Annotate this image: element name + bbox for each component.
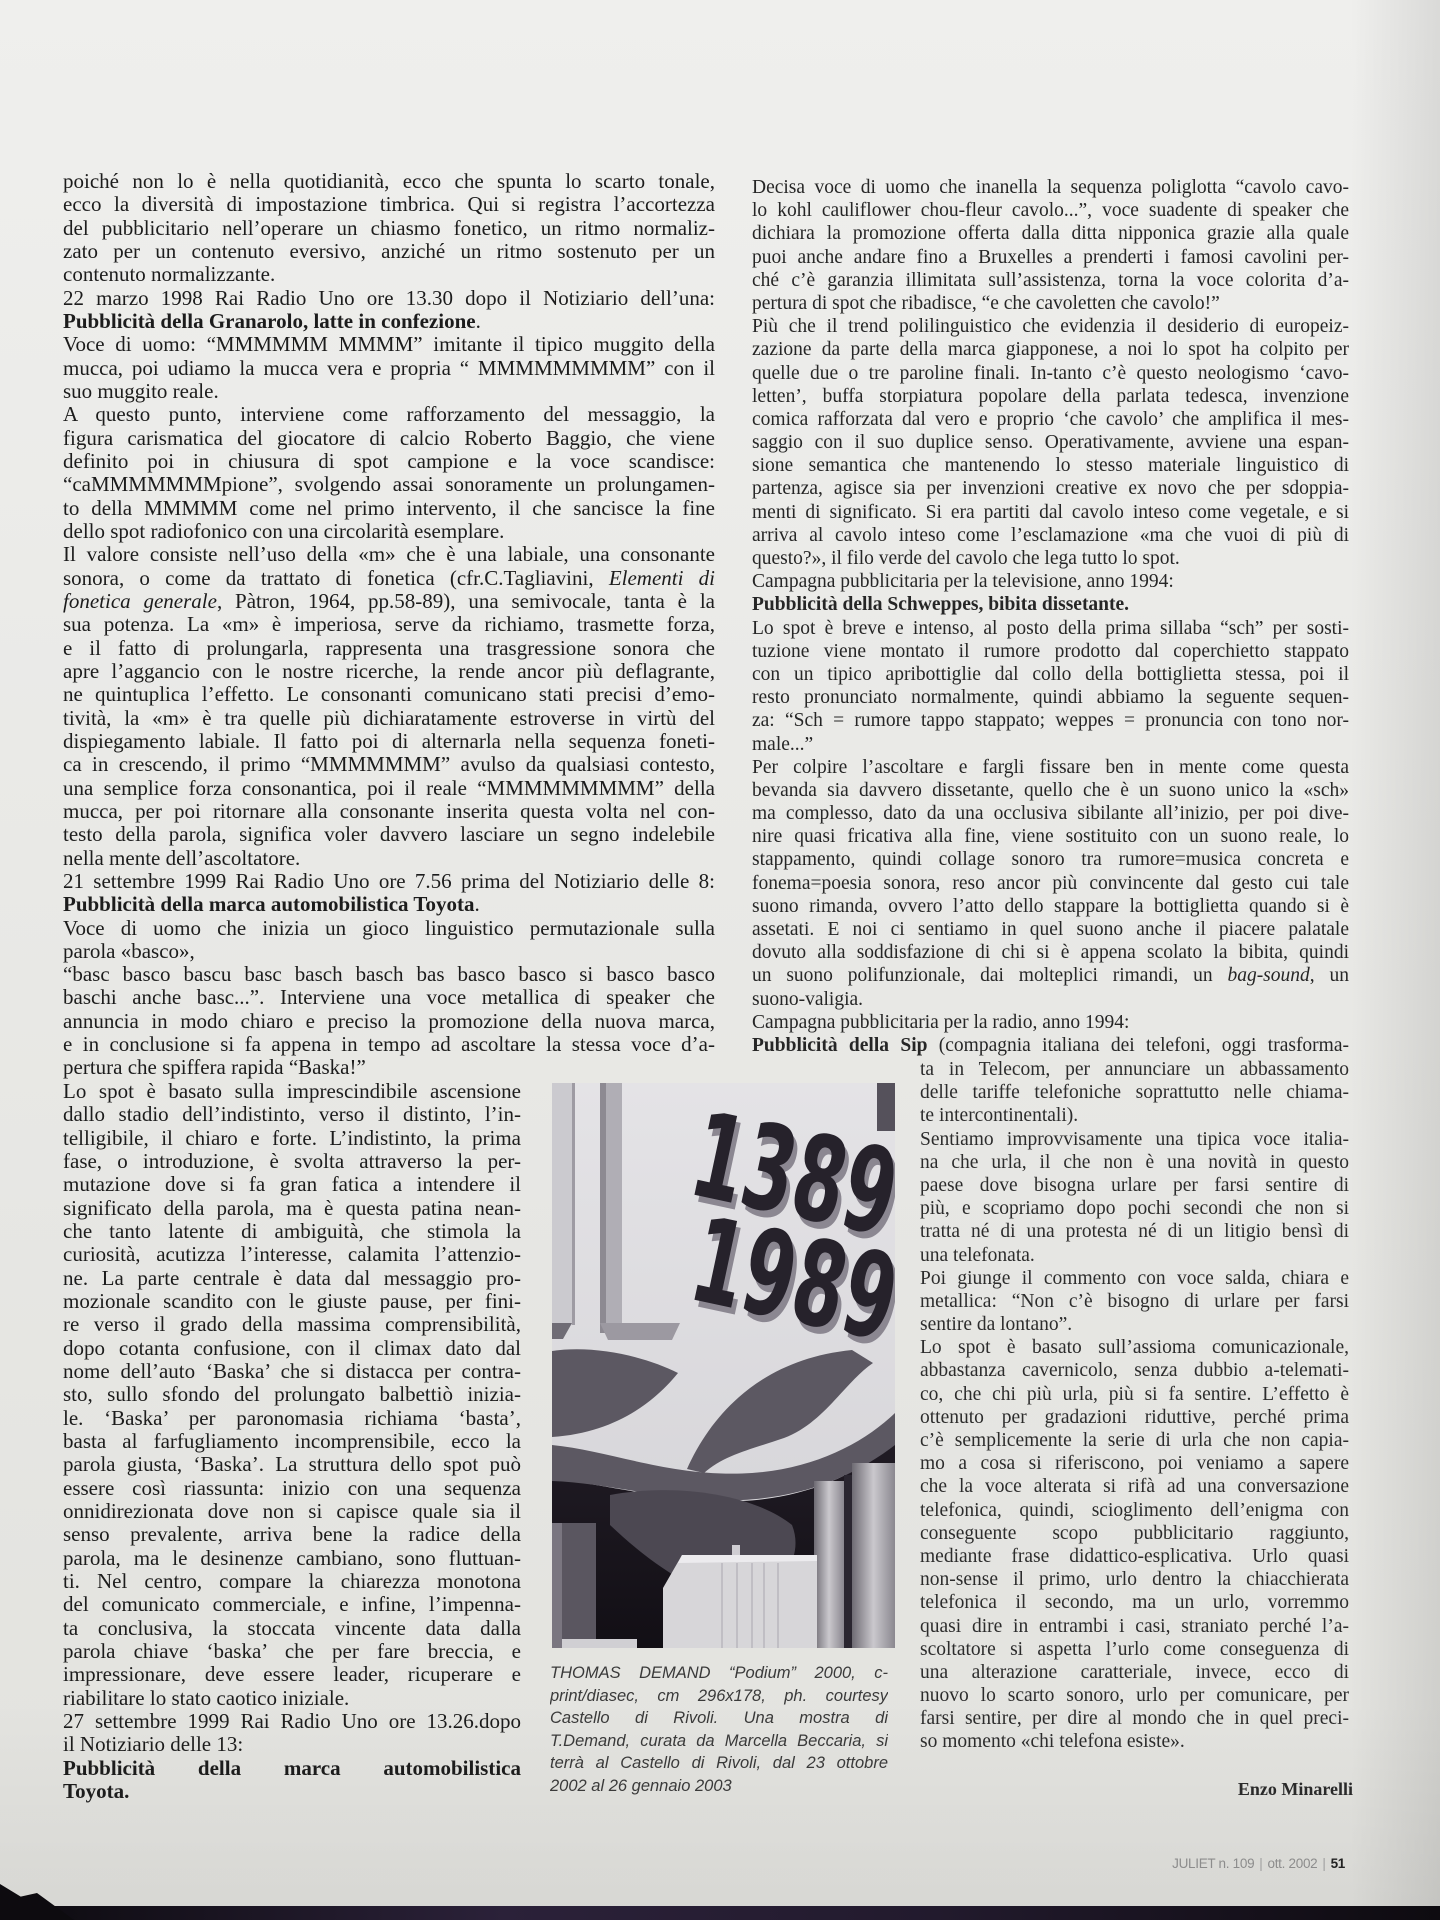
text-line: metallica: “Non c’è bisogno di urlare pe… bbox=[920, 1290, 1349, 1313]
text-line: del comunicato commerciale, e infine, l’… bbox=[63, 1593, 521, 1616]
text-line: poiché non lo è nella quotidianità, ecco… bbox=[63, 170, 715, 193]
text-line: stappamento, quindi collage sonoro tra r… bbox=[752, 848, 1349, 871]
text-line: e in conclusione si fa appena in tempo a… bbox=[63, 1033, 715, 1056]
text-line: che tanto latente di ambiguità, che stim… bbox=[63, 1220, 521, 1243]
text-line: basta al farfugliamento incomprensibile,… bbox=[63, 1430, 521, 1453]
magazine-issue: JULIET n. 109 bbox=[1172, 1856, 1254, 1871]
text-line: assetati. E noi ci sentiamo in quel suon… bbox=[752, 918, 1349, 941]
text-line: impressionare, deve essere leader, ricup… bbox=[63, 1663, 521, 1686]
text-line: Decisa voce di uomo che inanella la sequ… bbox=[752, 176, 1349, 199]
text-line: mediante frase didattico-esplicativa. Ur… bbox=[920, 1545, 1349, 1568]
podium-photo-illustration: 1389 1389 1989 1989 bbox=[552, 1083, 895, 1648]
text-line: dopo cotanta confusione, con il climax d… bbox=[63, 1337, 521, 1360]
heading-bold-text: Pubblicità della marca automobilistica T… bbox=[63, 893, 474, 916]
text-line: questo?», il filo verde del cavolo che l… bbox=[752, 547, 1349, 570]
text-line: abbastanza cavernicolo, senza dubbio a-t… bbox=[920, 1359, 1349, 1382]
caption-line: Castello di Rivoli. Una mostra di bbox=[550, 1707, 888, 1730]
book-title-italic: Elementi di bbox=[609, 567, 715, 590]
text-line: che la voce alterata si rifà ad una conv… bbox=[920, 1475, 1349, 1498]
text-line: figura carismatica del giocatore di calc… bbox=[63, 427, 715, 450]
section-heading-granarolo: Pubblicità della Granarolo, latte in con… bbox=[63, 310, 715, 333]
caption-line: THOMAS DEMAND “Podium” 2000, c- bbox=[550, 1662, 888, 1685]
text-line: mucca, poi udiamo la mucca vera e propri… bbox=[63, 357, 715, 380]
campaign-line: Campagna pubblicitaria per la radio, ann… bbox=[752, 1011, 1349, 1034]
heading-bold-text: Toyota. bbox=[63, 1780, 129, 1803]
text-line: quelle due o tre paroline finali. In-tan… bbox=[752, 362, 1349, 385]
text-fragment: sonora, o come da trattato di fonetica (… bbox=[63, 567, 609, 590]
book-title-italic: fonetica generale bbox=[63, 590, 217, 613]
text-line: Lo spot è basato sull’assioma comunicazi… bbox=[920, 1336, 1349, 1359]
text-line: fonema=poesia sonora, reso ancor più con… bbox=[752, 872, 1349, 895]
text-line: mo a cosa si riferiscono, poi veniamo a … bbox=[920, 1452, 1349, 1475]
text-line: puoi anche andare fino a Bruxelles a pre… bbox=[752, 246, 1349, 269]
text-fragment: un suono polifunzionale, dai molteplici … bbox=[752, 965, 1227, 986]
section-heading-toyota-2: Pubblicità della marca automobilistica bbox=[63, 1757, 521, 1780]
text-line: saggio con il suo duplice senso. Operati… bbox=[752, 431, 1349, 454]
text-line: nire quasi fricativa alla fine, viene so… bbox=[752, 825, 1349, 848]
text-line: una alterazione caratteriale, invece, ec… bbox=[920, 1661, 1349, 1684]
text-line: telligibile, il chiaro e forte. L’indist… bbox=[63, 1127, 521, 1150]
text-line: ti. Nel centro, compare la chiarezza mon… bbox=[63, 1570, 521, 1593]
text-line: bevanda sia davvero dissetante, quello c… bbox=[752, 779, 1349, 802]
text-line: farsi sentire, per dire al mondo che in … bbox=[920, 1707, 1349, 1730]
text-line: arriva al cavolo inteso come l’esclamazi… bbox=[752, 524, 1349, 547]
text-line: un suono polifunzionale, dai molteplici … bbox=[752, 964, 1349, 987]
text-line: Il valore consiste nell’uso della «m» ch… bbox=[63, 543, 715, 566]
issue-date: ott. 2002 bbox=[1268, 1856, 1318, 1871]
text-line: una telefonata. bbox=[920, 1244, 1349, 1267]
text-fragment: (compagnia italiana dei telefoni, oggi t… bbox=[927, 1035, 1349, 1056]
text-line: dovuto alla soddisfazione di chi si è ap… bbox=[752, 941, 1349, 964]
caption-line: terrà al Castello di Rivoli, dal 23 otto… bbox=[550, 1752, 888, 1775]
text-line: curiosità, acutizza l’interesse, calamit… bbox=[63, 1243, 521, 1266]
broadcast-date-line: 22 marzo 1998 Rai Radio Uno ore 13.30 do… bbox=[63, 287, 715, 310]
text-line: parola chiave ‘baska’ che per fare brecc… bbox=[63, 1640, 521, 1663]
text-line: Per colpire l’ascoltare e fargli fissare… bbox=[752, 756, 1349, 779]
text-line: una semplice forza consonantica, poi il … bbox=[63, 777, 715, 800]
text-fragment: , Pàtron, 1964, pp.58-89), una semivocal… bbox=[217, 590, 715, 613]
text-line: annuncia in modo chiaro e preciso la pro… bbox=[63, 1010, 715, 1033]
text-line: sto, sullo sfondo del prolungato balbett… bbox=[63, 1383, 521, 1406]
text-line: tratta né di una protesta né di un litig… bbox=[920, 1220, 1349, 1243]
text-fragment: , un bbox=[1310, 965, 1349, 986]
text-line: riabilitare lo stato caotico iniziale. bbox=[63, 1687, 521, 1710]
text-line: suo muggito reale. bbox=[63, 380, 715, 403]
text-line: partenza, agisce sia per invenzioni crea… bbox=[752, 477, 1349, 500]
text-line: mutazione dove si fa gran fatica a inten… bbox=[63, 1173, 521, 1196]
text-line: quasi dire in entrambi i casi, straniato… bbox=[920, 1615, 1349, 1638]
text-line: pertura che spiffera rapida “Baska!” bbox=[63, 1056, 715, 1079]
text-line: delle tariffe telefoniche soprattutto ne… bbox=[920, 1081, 1349, 1104]
text-line: tuzione viene montato il rumore prodotto… bbox=[752, 640, 1349, 663]
text-line: male...” bbox=[752, 733, 1349, 756]
broadcast-date-line: 21 settembre 1999 Rai Radio Uno ore 7.56… bbox=[63, 870, 715, 893]
caption-line: 2002 al 26 gennaio 2003 bbox=[550, 1775, 888, 1798]
heading-bold-text: Pubblicità della Schweppes, bibita disse… bbox=[752, 594, 1129, 615]
page-edge-shadow bbox=[1350, 0, 1440, 1920]
text-line: c’è semplicemente la serie di urla che n… bbox=[920, 1429, 1349, 1452]
text-line: suono rimanda, ovvero l’atto dello stapp… bbox=[752, 895, 1349, 918]
text-line: paese dove bisogna urlare per farsi sent… bbox=[920, 1174, 1349, 1197]
text-line: definito poi in chiusura di spot campion… bbox=[63, 450, 715, 473]
text-line: ma complesso, dato da una occlusiva sibi… bbox=[752, 802, 1349, 825]
text-fragment: . bbox=[476, 310, 481, 333]
text-line: letten’, buffa storpiatura popolare dell… bbox=[752, 385, 1349, 408]
text-line: e il fatto di prolungarla, rappresenta u… bbox=[63, 637, 715, 660]
heading-bold-text: Pubblicità della Granarolo, latte in con… bbox=[63, 310, 476, 333]
text-line: “caMMMMMMMpione”, svolgendo assai sonora… bbox=[63, 473, 715, 496]
page-number: 51 bbox=[1331, 1856, 1345, 1871]
text-line: Voce di uomo che inizia un gioco linguis… bbox=[63, 917, 715, 940]
text-line: dello spot radiofonico con una circolari… bbox=[63, 520, 715, 543]
text-line: apre l’aggancio con le nostre ricerche, … bbox=[63, 660, 715, 683]
text-line: comica rafforzata dal vero e proprio ‘ch… bbox=[752, 408, 1349, 431]
text-fragment: . bbox=[474, 893, 479, 916]
text-line: testo della parola, significa voler davv… bbox=[63, 823, 715, 846]
text-line: contenuto normalizzante. bbox=[63, 263, 715, 286]
text-line: ca in crescendo, il primo “MMMMMMM” avul… bbox=[63, 753, 715, 776]
text-line: fonetica generale, Pàtron, 1964, pp.58-8… bbox=[63, 590, 715, 613]
text-line: più, e scopriamo dopo pochi secondi che … bbox=[920, 1197, 1349, 1220]
section-heading-toyota: Pubblicità della marca automobilistica T… bbox=[63, 893, 715, 916]
text-line: ta in Telecom, per annunciare un abbassa… bbox=[920, 1058, 1349, 1081]
footer-separator: | bbox=[1259, 1856, 1262, 1871]
footer-separator: | bbox=[1322, 1856, 1325, 1871]
text-line: pertura di spot che ribadisce, “e che ca… bbox=[752, 292, 1349, 315]
text-line: za: “Sch = rumore tappo stappato; weppes… bbox=[752, 709, 1349, 732]
text-line: mozionale scandito con le giuste pause, … bbox=[63, 1290, 521, 1313]
text-line: parola giusta, ‘Baska’. La struttura del… bbox=[63, 1453, 521, 1476]
heading-bold-text: Pubblicità della Sip bbox=[752, 1035, 927, 1056]
right-column: Decisa voce di uomo che inanella la sequ… bbox=[752, 176, 1349, 1057]
text-line: Sentiamo improvvisamente una tipica voce… bbox=[920, 1128, 1349, 1151]
section-heading-toyota-2-cont: Toyota. bbox=[63, 1780, 521, 1803]
section-heading-sip: Pubblicità della Sip (compagnia italiana… bbox=[752, 1034, 1349, 1057]
text-line: scoltatore si aspetta l’urlo come conseg… bbox=[920, 1638, 1349, 1661]
photo-caption: THOMAS DEMAND “Podium” 2000, c- print/di… bbox=[550, 1662, 888, 1797]
text-line: fase, o introduzione, è svolta attravers… bbox=[63, 1150, 521, 1173]
text-line: dichiara la promozione offerta dalla dit… bbox=[752, 222, 1349, 245]
text-line: le. ‘Baska’ per paronomasia richiama ‘ba… bbox=[63, 1407, 521, 1430]
text-line: conseguente scopo pubblicitario raggiunt… bbox=[920, 1522, 1349, 1545]
artwork-photo: 1389 1389 1989 1989 bbox=[552, 1083, 895, 1648]
text-line: telefonica il secondo, ma un urlo, vorre… bbox=[920, 1591, 1349, 1614]
text-line: nuovo lo scarto sonoro, urlo per comunic… bbox=[920, 1684, 1349, 1707]
left-column-narrow: Lo spot è basato sulla imprescindibile a… bbox=[63, 1080, 521, 1803]
text-line: zato per un contenuto eversivo, anziché … bbox=[63, 240, 715, 263]
text-line: con un tipico apribottiglie dal collo de… bbox=[752, 663, 1349, 686]
text-line: tività, la «m» è tra quelle più dichiara… bbox=[63, 707, 715, 730]
text-line: onnidirezionata dove non si capisce qual… bbox=[63, 1500, 521, 1523]
text-line: nella mente dell’ascoltatore. bbox=[63, 847, 715, 870]
text-line: te intercontinentali). bbox=[920, 1104, 1349, 1127]
text-line: Poi giunge il commento con voce salda, c… bbox=[920, 1267, 1349, 1290]
text-line: na che urla, il che non è una novità in … bbox=[920, 1151, 1349, 1174]
text-line: dispiegamento labiale. Il fatto poi di a… bbox=[63, 730, 715, 753]
text-line: ta conclusiva, la stoccata vincente data… bbox=[63, 1617, 521, 1640]
text-line: parola «basco», bbox=[63, 940, 715, 963]
text-line: resto pronunciato normalmente, quindi ab… bbox=[752, 686, 1349, 709]
text-line: ne. La parte centrale è data dal messagg… bbox=[63, 1267, 521, 1290]
text-line: del pubblicitario nell’operare un chiasm… bbox=[63, 217, 715, 240]
text-line: Più che il trend polilinguistico che evi… bbox=[752, 315, 1349, 338]
text-line: Lo spot è basato sulla imprescindibile a… bbox=[63, 1080, 521, 1103]
text-line: Voce di uomo: “MMMMMM MMMM” imitante il … bbox=[63, 333, 715, 356]
text-line: re verso il grado della massima comprens… bbox=[63, 1313, 521, 1336]
text-line: essere così riassunta: inizio con una se… bbox=[63, 1477, 521, 1500]
text-line: co, che chi più urla, più si fa sentire.… bbox=[920, 1383, 1349, 1406]
text-line: mucca, per poi ritornare alla consonante… bbox=[63, 800, 715, 823]
text-line: zazione da parte della marca giapponese,… bbox=[752, 338, 1349, 361]
text-line: il Notiziario delle 13: bbox=[63, 1733, 521, 1756]
text-line: Lo spot è breve e intenso, al posto dell… bbox=[752, 617, 1349, 640]
text-line: nome dell’auto ‘Baska’ che si distacca p… bbox=[63, 1360, 521, 1383]
broadcast-date-line: 27 settembre 1999 Rai Radio Uno ore 13.2… bbox=[63, 1710, 521, 1733]
text-line: A questo punto, interviene come rafforza… bbox=[63, 403, 715, 426]
text-line: non-sense il primo, urlo dentro la chiac… bbox=[920, 1568, 1349, 1591]
text-line: ché c’è garanzia illimitata sull’assiste… bbox=[752, 269, 1349, 292]
text-line: sua potenza. La «m» è imperiosa, serve d… bbox=[63, 613, 715, 636]
heading-bold-text: Pubblicità della marca automobilistica bbox=[63, 1757, 521, 1780]
author-byline: Enzo Minarelli bbox=[1238, 1779, 1353, 1800]
term-italic: bag-sound bbox=[1227, 965, 1309, 986]
text-line: senso prevalente, arriva bene la radice … bbox=[63, 1523, 521, 1546]
text-line: ecco la diversità di impostazione timbri… bbox=[63, 193, 715, 216]
text-line: lo kohl cauliflower chou-fleur cavolo...… bbox=[752, 199, 1349, 222]
caption-line: T.Demand, curata da Marcella Beccaria, s… bbox=[550, 1730, 888, 1753]
text-line: baschi anche basc...”. Interviene una vo… bbox=[63, 986, 715, 1009]
caption-line: print/diasec, cm 296x178, ph. courtesy bbox=[550, 1685, 888, 1708]
text-line: telefonica, quindi, scioglimento dell’en… bbox=[920, 1499, 1349, 1522]
text-line: menti di significato. Si era partiti dal… bbox=[752, 501, 1349, 524]
left-column: poiché non lo è nella quotidianità, ecco… bbox=[63, 170, 715, 1080]
text-line: dallo stadio dell’indistinto, verso il d… bbox=[63, 1103, 521, 1126]
text-line: significato della parola, ma è questa pa… bbox=[63, 1197, 521, 1220]
campaign-line: Campagna pubblicitaria per la television… bbox=[752, 570, 1349, 593]
text-line: sonora, o come da trattato di fonetica (… bbox=[63, 567, 715, 590]
text-line: “basc basco bascu basc basch basch bas b… bbox=[63, 963, 715, 986]
scan-bottom-edge bbox=[0, 1906, 1440, 1920]
text-line: to della MMMMM come nel primo intervento… bbox=[63, 497, 715, 520]
text-line: so momento «chi telefona esiste». bbox=[920, 1730, 1349, 1753]
section-heading-schweppes: Pubblicità della Schweppes, bibita disse… bbox=[752, 593, 1349, 616]
right-column-narrow: ta in Telecom, per annunciare un abbassa… bbox=[920, 1058, 1349, 1754]
page-footer: JULIET n. 109|ott. 2002|51 bbox=[1172, 1856, 1345, 1871]
text-line: sione semantica che mantenendo lo stesso… bbox=[752, 454, 1349, 477]
text-line: parola, ma le desinenze cambiano, sono f… bbox=[63, 1547, 521, 1570]
text-line: sentire da lontano”. bbox=[920, 1313, 1349, 1336]
text-line: suono-valigia. bbox=[752, 988, 1349, 1011]
text-line: ne quintuplica l’effetto. Le consonanti … bbox=[63, 683, 715, 706]
text-line: ottenuto per gradazioni riduttive, perch… bbox=[920, 1406, 1349, 1429]
